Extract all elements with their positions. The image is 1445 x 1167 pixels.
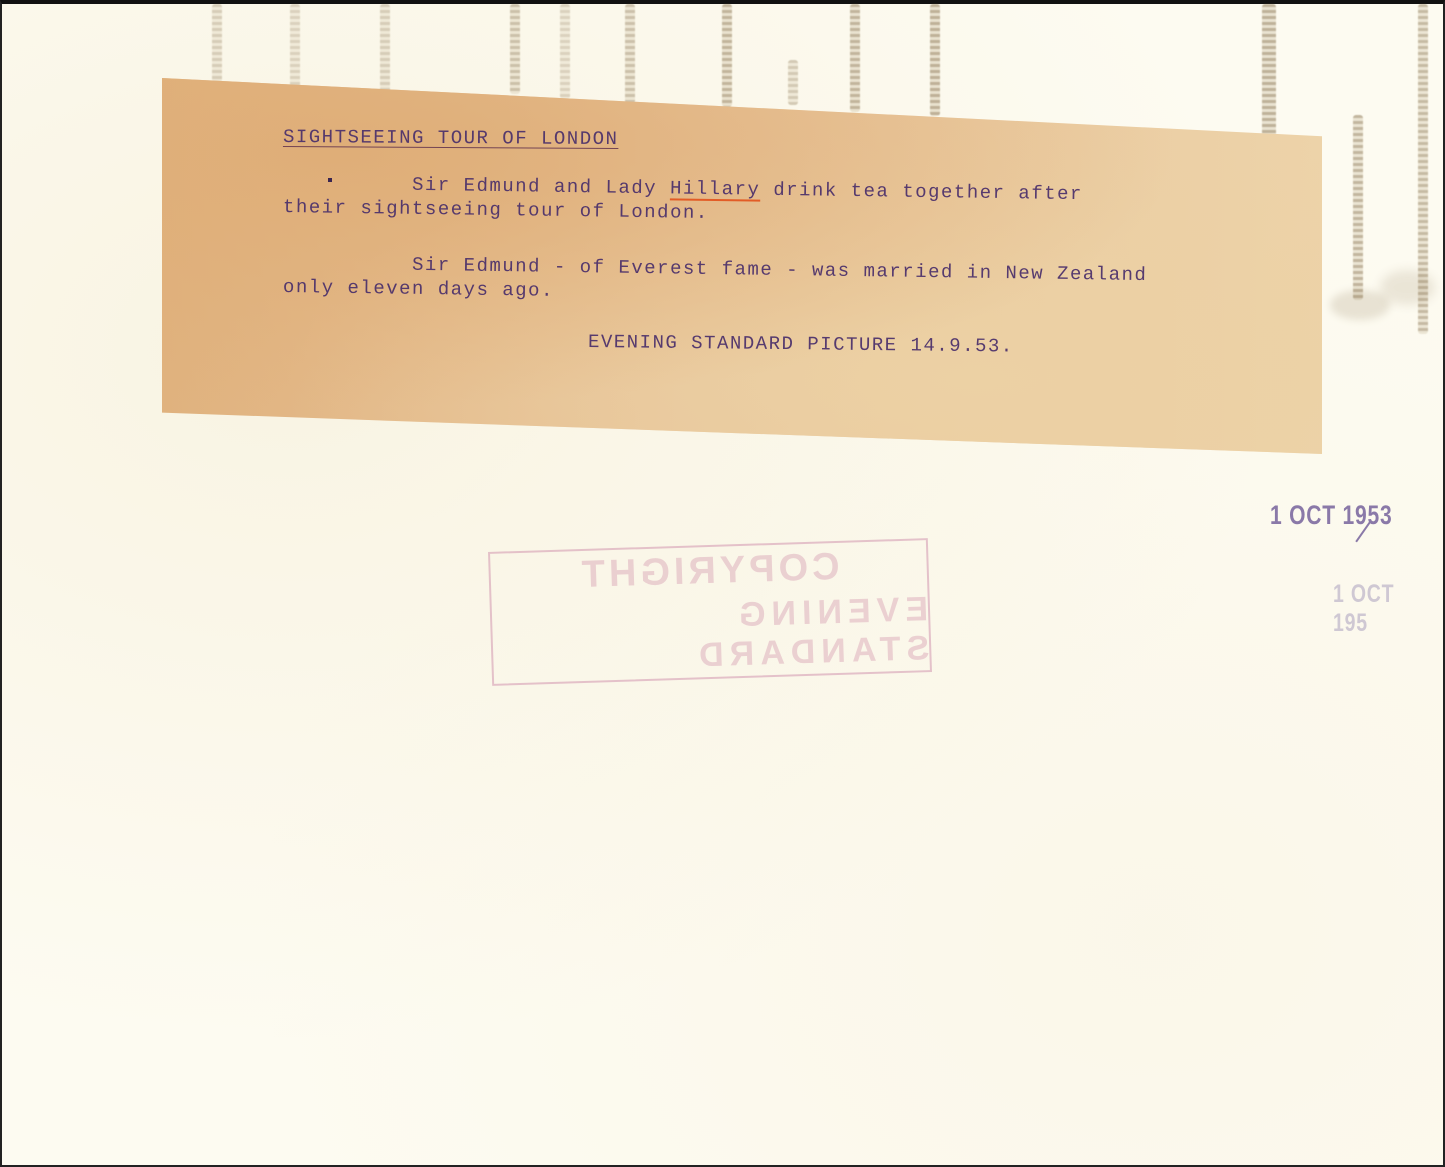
copyright-stamp-line-1: COPYRIGHT [577, 545, 840, 596]
date-stamp-primary: 1 OCT 1953 [1270, 500, 1393, 531]
caption-title: SIGHTSEEING TOUR OF LONDON [283, 126, 619, 150]
glue-stain [560, 4, 570, 99]
dust-speck [1380, 270, 1435, 305]
copyright-stamp-line-2: EVENING STANDARD [492, 590, 930, 682]
glue-stain [788, 60, 798, 105]
dust-speck [1330, 290, 1390, 320]
photo-credit: EVENING STANDARD PICTURE 14.9.53. [588, 331, 1014, 357]
glue-stain [722, 4, 732, 107]
highlighted-name: Hillary [670, 177, 761, 200]
glue-stain [850, 4, 860, 112]
caption-paragraph-2-line-2: only eleven days ago. [283, 276, 554, 302]
glue-stain [625, 4, 635, 104]
glue-stain [930, 4, 940, 116]
caption-text: drink tea together after [760, 179, 1083, 206]
copyright-stamp: COPYRIGHT EVENING STANDARD [488, 538, 932, 686]
glue-stain [510, 4, 520, 94]
date-stamp-faint: 1 OCT 195 [1333, 580, 1420, 638]
glue-stain [1353, 115, 1363, 300]
caption-text: Sir Edmund and Lady [412, 174, 670, 200]
